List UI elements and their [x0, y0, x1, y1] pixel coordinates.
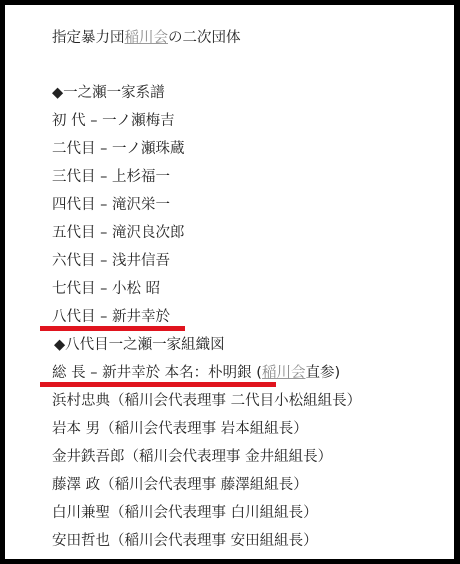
lineage-item-current: 八代目 – 新井幸於: [52, 306, 170, 328]
lineage-item: 六代目 – 浅井信吾: [52, 250, 170, 272]
title-prefix: 指定暴力団: [52, 30, 125, 46]
member-row: 藤澤 政（稲川会代表理事 藤澤組組長）: [52, 474, 308, 496]
inagawa-kai-link[interactable]: 稲川会: [125, 30, 169, 46]
title-suffix: の二次団体: [168, 30, 241, 46]
lineage-item: 初 代 – 一ノ瀬梅吉: [52, 110, 175, 132]
document-frame: 指定暴力団稲川会の二次団体 ◆一之瀬一家系譜 初 代 – 一ノ瀬梅吉 二代目 –…: [0, 0, 460, 564]
member-row: 安田哲也（稲川会代表理事 安田組組長）: [52, 530, 318, 552]
page-title: 指定暴力団稲川会の二次団体: [52, 27, 241, 49]
inagawa-kai-link[interactable]: 稲川会: [262, 365, 306, 381]
leader-text: 総 長 – 新井幸於 本名：朴明銀: [52, 365, 252, 381]
leader-note-close: 直参): [305, 365, 340, 381]
lineage-item: 七代目 – 小松 昭: [52, 278, 160, 300]
lineage-item: 三代目 – 上杉福一: [52, 166, 170, 188]
leader-note-open: (: [252, 365, 262, 381]
red-underline-annotation: [40, 326, 185, 331]
lineage-item: 五代目 – 滝沢良次郎: [52, 222, 184, 244]
member-row: 岩本 男（稲川会代表理事 岩本組組長）: [52, 418, 308, 440]
organization-heading: ◆八代目一之瀬一家組織図: [54, 334, 225, 356]
leader-row: 総 長 – 新井幸於 本名：朴明銀 (稲川会直参): [52, 362, 340, 384]
lineage-item: 四代目 – 滝沢栄一: [52, 194, 170, 216]
member-row: 浜村忠典（稲川会代表理事 二代目小松組組長）: [52, 390, 361, 412]
lineage-item: 二代目 – 一ノ瀬珠蔵: [52, 138, 184, 160]
red-underline-annotation: [40, 382, 276, 387]
member-row: 白川兼聖（稲川会代表理事 白川組組長）: [52, 502, 318, 524]
lineage-heading: ◆一之瀬一家系譜: [52, 82, 165, 104]
member-row: 金井鉄吾郎（稲川会代表理事 金井組組長）: [52, 446, 332, 468]
